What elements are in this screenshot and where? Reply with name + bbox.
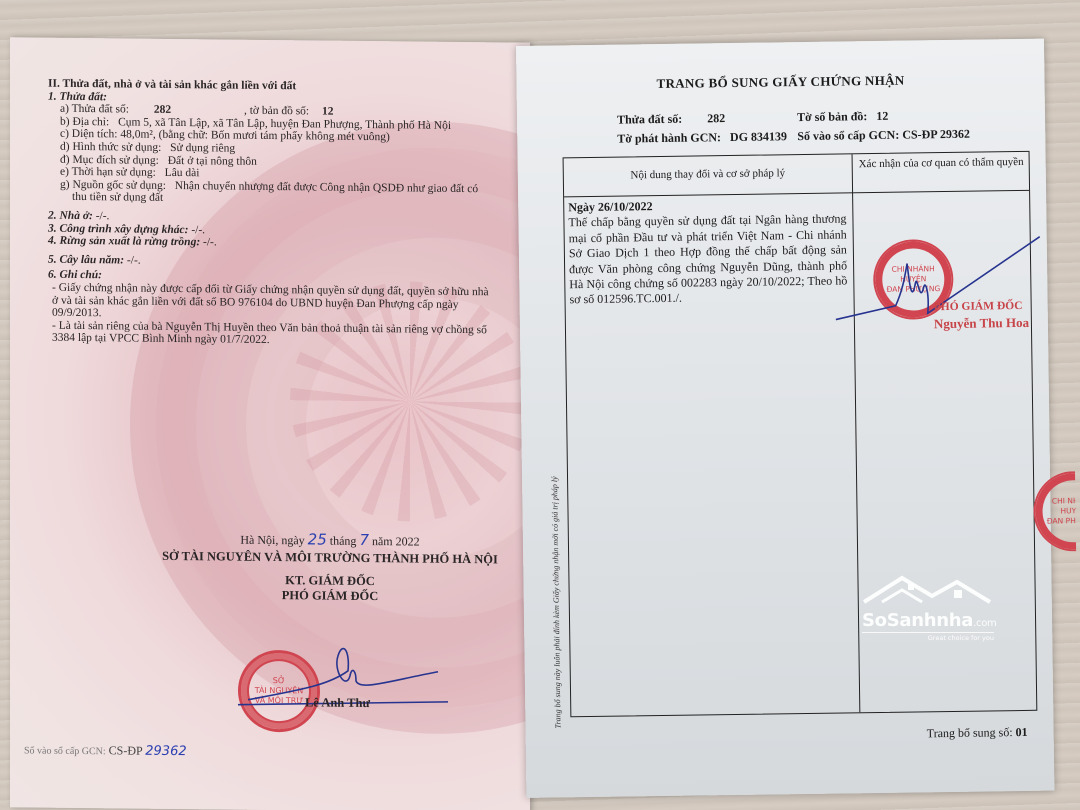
seal-line: HUYỆN (1035, 506, 1080, 517)
register-label: Số vào sổ cấp GCN: (797, 128, 899, 143)
term-label: e) Thời hạn sử dụng: (60, 166, 156, 179)
date-month: 7 (359, 531, 369, 549)
sosanhnha-watermark: SoSanhnha.com Great choice for you (862, 572, 1012, 642)
page-no: 01 (1016, 725, 1028, 739)
purpose-label: đ) Mục đích sử dụng: (60, 153, 159, 166)
brand-name: SoSanhnha (862, 610, 973, 631)
page-label: Trang bổ sung số: (927, 725, 1013, 740)
area-label: c) Diện tích: (60, 128, 117, 141)
other-works-label: 3. Công trình xây dựng khác: (48, 222, 188, 235)
use-form-value: Sử dụng riêng (170, 142, 235, 155)
parcel-label: Thửa đất số: (617, 110, 682, 130)
notes-heading: 6. Ghi chú: (48, 269, 102, 282)
issuing-org: SỞ TÀI NGUYÊN VÀ MÔI TRƯỜNG THÀNH PHỐ HÀ… (150, 549, 510, 568)
certificate-left-page: II. Thửa đất, nhà ở và tài sản khác gắn … (10, 37, 530, 810)
perennial-value: -/-. (127, 254, 141, 266)
other-works-value: -/-. (191, 224, 205, 236)
confirm-title: PHÓ GIÁM ĐỐC (934, 300, 1029, 313)
issue-label: Tờ phát hành GCN: (617, 128, 721, 148)
confirm-signer: PHÓ GIÁM ĐỐC Nguyễn Thu Hoa (934, 300, 1030, 332)
house-value: -/-. (96, 210, 110, 222)
register-no: CS-ĐP 29362 (902, 127, 970, 142)
parcel-no: 282 (154, 104, 171, 116)
origin-label: g) Nguồn gốc sử dụng: (60, 179, 166, 192)
confirm-name: Nguyễn Thu Hoa (934, 315, 1029, 332)
term-value: Lâu dài (165, 167, 200, 179)
note-1: - Giấy chứng nhận này được cấp đổi từ Gi… (48, 282, 492, 324)
date-day: 25 (308, 530, 327, 548)
seal-line: ĐAN PHƯỢNG (1036, 516, 1080, 527)
map-no-group: Tờ số bản đồ: 12 (797, 107, 889, 127)
register-no-handwritten: 29362 (145, 744, 186, 759)
parcel-label: a) Thửa đất số: (60, 103, 129, 116)
supplement-page: TRANG BỔ SUNG GIẤY CHỨNG NHẬN Thửa đất s… (516, 39, 1054, 798)
supplement-title: TRANG BỔ SUNG GIẤY CHỨNG NHẬN (516, 71, 1044, 94)
note-2: - Là tài sản riêng của bà Nguyễn Thị Huy… (48, 319, 492, 349)
col-header-content: Nội dung thay đổi và cơ sở pháp lý (564, 166, 852, 182)
side-note: Trang bổ sung này luôn phải đính kèm Giấ… (550, 458, 570, 728)
parcel-no: 282 (707, 111, 725, 125)
signer-name-left: Lê Anh Thư (305, 695, 370, 711)
supplement-meta: Thửa đất số: 282 Tờ số bản đồ: 12 Tờ phá… (617, 108, 787, 148)
entry-text: Thế chấp bằng quyền sử dụng đất tại Ngân… (568, 212, 847, 308)
address-label: b) Địa chỉ: (60, 116, 109, 129)
house-label: 2. Nhà ở: (48, 210, 93, 222)
map-no: 12 (876, 109, 888, 123)
use-form-label: d) Hình thức sử dụng: (60, 141, 161, 154)
register-label: Số vào sổ cấp GCN: (24, 745, 106, 757)
house-logo-icon (862, 572, 992, 608)
register-number: Số vào sổ cấp GCN: CS-ĐP 29362 (24, 742, 187, 759)
land-heading: 1. Thửa đất: (48, 90, 107, 103)
col-header-confirmation: Xác nhận của cơ quan có thẩm quyền (854, 156, 1029, 171)
land-details: II. Thửa đất, nhà ở và tài sản khác gắn … (48, 78, 518, 350)
forest-value: -/-. (203, 236, 217, 248)
supplement-page-number: Trang bổ sung số: 01 (927, 725, 1028, 741)
edge-seal: CHI NHÁNH HUYỆN ĐAN PHƯỢNG (1033, 471, 1080, 552)
signature-block: Hà Nội, ngày 25 tháng 7 năm 2022 SỞ TÀI … (150, 529, 510, 606)
perennial-label: 5. Cây lâu năm: (48, 253, 124, 266)
change-entry: Ngày 26/10/2022 Thế chấp bằng quyền sử d… (568, 196, 847, 308)
date-year: năm 2022 (372, 534, 420, 548)
date-month-label: tháng (330, 534, 357, 548)
issue-date: Hà Nội, ngày 25 tháng 7 năm 2022 (150, 529, 510, 551)
map-sheet-no: 12 (322, 106, 334, 118)
map-label: Tờ số bản đồ: (797, 109, 868, 124)
watermark-tagline: Great choice for you (862, 632, 994, 642)
forest-label: 4. Rừng sản xuất là rừng trồng: (48, 235, 200, 249)
purpose-value: Đất ở tại nông thôn (168, 154, 257, 167)
watermark-brand: SoSanhnha.com (862, 610, 1012, 631)
seal-line: CHI NHÁNH (1035, 496, 1080, 507)
register-group: Số vào sổ cấp GCN: CS-ĐP 29362 (797, 125, 970, 146)
issue-no: DG 834139 (730, 129, 787, 144)
brand-suffix: .com (973, 618, 996, 629)
map-sheet-label: , tờ bản đồ số: (244, 105, 309, 118)
register-prefix: CS-ĐP (109, 743, 143, 757)
date-place: Hà Nội, ngày (240, 533, 304, 548)
